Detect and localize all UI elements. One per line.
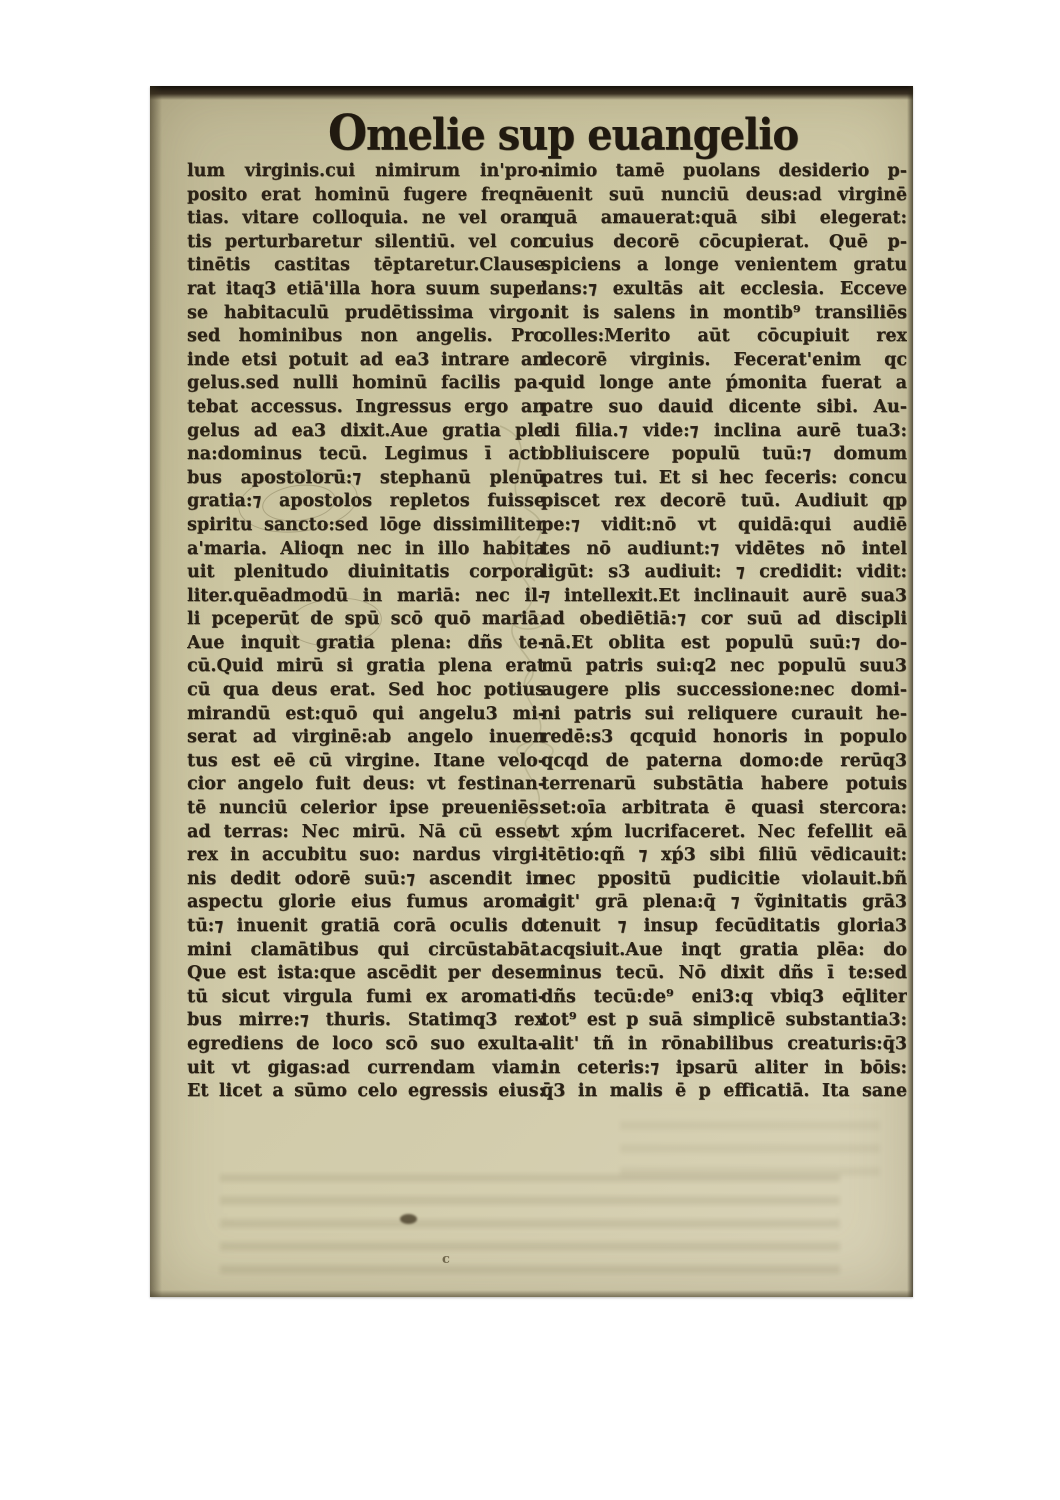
text-line: Que est ista:que ascēdit per deser — [187, 962, 545, 986]
page-edge-left — [150, 86, 162, 1297]
text-column-right: nimio tamē puolans desiderio p-uenit suū… — [541, 160, 907, 1104]
text-line: piscet rex decorē tuū. Audiuit qp — [541, 490, 907, 514]
text-line: augere plis successione:nec domi- — [541, 679, 907, 703]
text-line: in ceteris:⁊ ipsarū aliter in bōis: — [541, 1057, 907, 1081]
text-line: Et licet a sūmo celo egressis eius: — [187, 1080, 545, 1104]
text-line: tias. vitare colloquia. ne vel oran — [187, 207, 545, 231]
text-line: quā amauerat:quā sibi elegerat: — [541, 207, 907, 231]
text-line: nimio tamē puolans desiderio p- — [541, 160, 907, 184]
text-line: colles:Merito aūt cōcupiuit rex — [541, 325, 907, 349]
book-page-scan: Omelie sup euangelio lum virginis.cui ni… — [150, 86, 913, 1297]
text-line: redē:s3 qcquid honoris in populo — [541, 726, 907, 750]
text-line: mū patris sui:q2 nec populū suu3 — [541, 655, 907, 679]
text-line: egrediens de loco scō suo exulta- — [187, 1033, 545, 1057]
text-line: cuius decorē cōcupierat. Quē p- — [541, 231, 907, 255]
text-line: tot⁹ est p suā simplicē substantia3: — [541, 1009, 907, 1033]
text-line: terrenarū substātia habere potuis — [541, 773, 907, 797]
text-line: inde etsi potuit ad ea3 intrare an — [187, 349, 545, 373]
text-line: tū:⁊ inuenit gratiā corā oculis do — [187, 915, 545, 939]
showthrough-ghosting — [620, 1106, 880, 1176]
text-line: itētio:qñ ⁊ xṕ3 sibi filiū vēdicauit: — [541, 844, 907, 868]
text-line: qcqd de paterna domo:de rerūq3 — [541, 750, 907, 774]
page-edge-bottom — [150, 1290, 913, 1297]
text-line: gratia:⁊ apostolos repletos fuisse — [187, 490, 545, 514]
text-line: quid longe ante ṕmonita fuerat a — [541, 372, 907, 396]
text-line: lans:⁊ exultās ait ecclesia. Ecceve — [541, 278, 907, 302]
text-line: posito erat hominū fugere freqnē — [187, 184, 545, 208]
text-line: tē nunciū celerior ipse preueniēs: — [187, 797, 545, 821]
scan-background: Omelie sup euangelio lum virginis.cui ni… — [0, 0, 1060, 1500]
text-line: nec ppositū pudicitie violauit.bñ — [541, 868, 907, 892]
text-line: serat ad virginē:ab angelo inuen — [187, 726, 545, 750]
text-line: se habitaculū prudētissima virgo. — [187, 302, 545, 326]
text-line: q̄3 in malis ē p efficatiā. Ita sane — [541, 1080, 907, 1104]
text-line: spiritu sancto:sed lōge dissimiliter — [187, 514, 545, 538]
text-line: tis perturbaretur silentiū. vel con — [187, 231, 545, 255]
text-line: ligūt: s3 audiuit: ⁊ credidit: vidit: — [541, 561, 907, 585]
text-line: Aue inquit gratia plena: dñs te- — [187, 632, 545, 656]
text-line: set:oīa arbitrata ē quasi stercora: — [541, 797, 907, 821]
text-line: bus apostolorū:⁊ stephanū plenū — [187, 467, 545, 491]
page-heading: Omelie sup euangelio — [328, 104, 798, 161]
text-line: bus mirre:⁊ thuris. Statimq3 rex — [187, 1009, 545, 1033]
page-edge-top — [150, 86, 913, 100]
text-line: gelus ad ea3 dixit.Aue gratia ple — [187, 420, 545, 444]
ink-smudge — [400, 1214, 417, 1224]
text-line: tinētis castitas tēptaretur.Clause — [187, 254, 545, 278]
text-line: nis dedit odorē suū:⁊ ascendit in — [187, 868, 545, 892]
text-line: tus est eē cū virgine. Itane velo- — [187, 750, 545, 774]
text-line: ad obediētiā:⁊ cor suū ad discipli — [541, 608, 907, 632]
text-line: obliuiscere populū tuū:⁊ domum — [541, 443, 907, 467]
text-line: ⁊ intellexit.Et inclinauit aurē sua3 — [541, 585, 907, 609]
text-line: lum virginis.cui nimirum in'pro- — [187, 160, 545, 184]
text-line: di filia.⁊ vide:⁊ inclina aurē tua3: — [541, 420, 907, 444]
text-line: patres tui. Et si hec feceris: concu — [541, 467, 907, 491]
text-line: gelus.sed nulli hominū facilis pa- — [187, 372, 545, 396]
text-line: decorē virginis. Fecerat'enim qc — [541, 349, 907, 373]
text-line: spiciens a longe venientem gratu — [541, 254, 907, 278]
text-line: aspectu glorie eius fumus aroma — [187, 891, 545, 915]
text-line: ni patris sui reliquere curauit he- — [541, 703, 907, 727]
text-line: tenuit ⁊ insup fecūditatis gloria3 — [541, 915, 907, 939]
text-line: cū.Quid mirū si gratia plena erat — [187, 655, 545, 679]
text-line: igit' grā plena:q̄ ⁊ ṽginitatis grā3 — [541, 891, 907, 915]
text-column-left: lum virginis.cui nimirum in'pro-posito e… — [187, 160, 545, 1104]
text-line: ad terras: Nec mirū. Nā cū esset — [187, 821, 545, 845]
text-line: na:dominus tecū. Legimus ī acti — [187, 443, 545, 467]
text-line: tū sicut virgula fumi ex aromati- — [187, 986, 545, 1010]
text-line: patre suo dauid dicente sibi. Au- — [541, 396, 907, 420]
text-line: nit is salens in montib⁹ transiliēs — [541, 302, 907, 326]
page-edge-right — [907, 86, 913, 1297]
text-line: tebat accessus. Ingressus ergo an — [187, 396, 545, 420]
text-line: minus tecū. Nō dixit dñs ī te:sed — [541, 962, 907, 986]
text-line: sed hominibus non angelis. Pro — [187, 325, 545, 349]
text-line: dñs tecū:de⁹ eni3:q vbiq3 eq̄liter — [541, 986, 907, 1010]
text-line: pe:⁊ vidit:nō vt quidā:qui audiē — [541, 514, 907, 538]
text-line: cū qua deus erat. Sed hoc potius — [187, 679, 545, 703]
text-line: rex in accubitu suo: nardus virgi- — [187, 844, 545, 868]
text-line: a'maria. Alioqn nec in illo habita — [187, 538, 545, 562]
text-line: nā.Et oblita est populū suū:⁊ do- — [541, 632, 907, 656]
text-line: acqsiuit.Aue inqt gratia plēa: do — [541, 939, 907, 963]
text-line: alit' tñ in rōnabilibus creaturis:q̄3 — [541, 1033, 907, 1057]
text-line: uit vt gigas:ad currendam viam. — [187, 1057, 545, 1081]
text-line: uit plenitudo diuinitatis corpora — [187, 561, 545, 585]
text-line: vt xṕm lucrifaceret. Nec fefellit eā — [541, 821, 907, 845]
showthrough-ghosting — [220, 1174, 840, 1274]
text-line: rat itaq3 etiā'illa hora suum super — [187, 278, 545, 302]
text-line: li pceperūt de spū scō quō mariā. — [187, 608, 545, 632]
text-line: mini clamātibus qui circūstabāt. — [187, 939, 545, 963]
text-line: cior angelo fuit deus: vt festinan- — [187, 773, 545, 797]
stray-ink-mark: c — [442, 1252, 450, 1267]
text-line: tes nō audiunt:⁊ vidētes nō intel — [541, 538, 907, 562]
text-line: mirandū est:quō qui angelu3 mi- — [187, 703, 545, 727]
text-line: liter.quēadmodū in mariā: nec il- — [187, 585, 545, 609]
text-line: uenit suū nunciū deus:ad virginē — [541, 184, 907, 208]
